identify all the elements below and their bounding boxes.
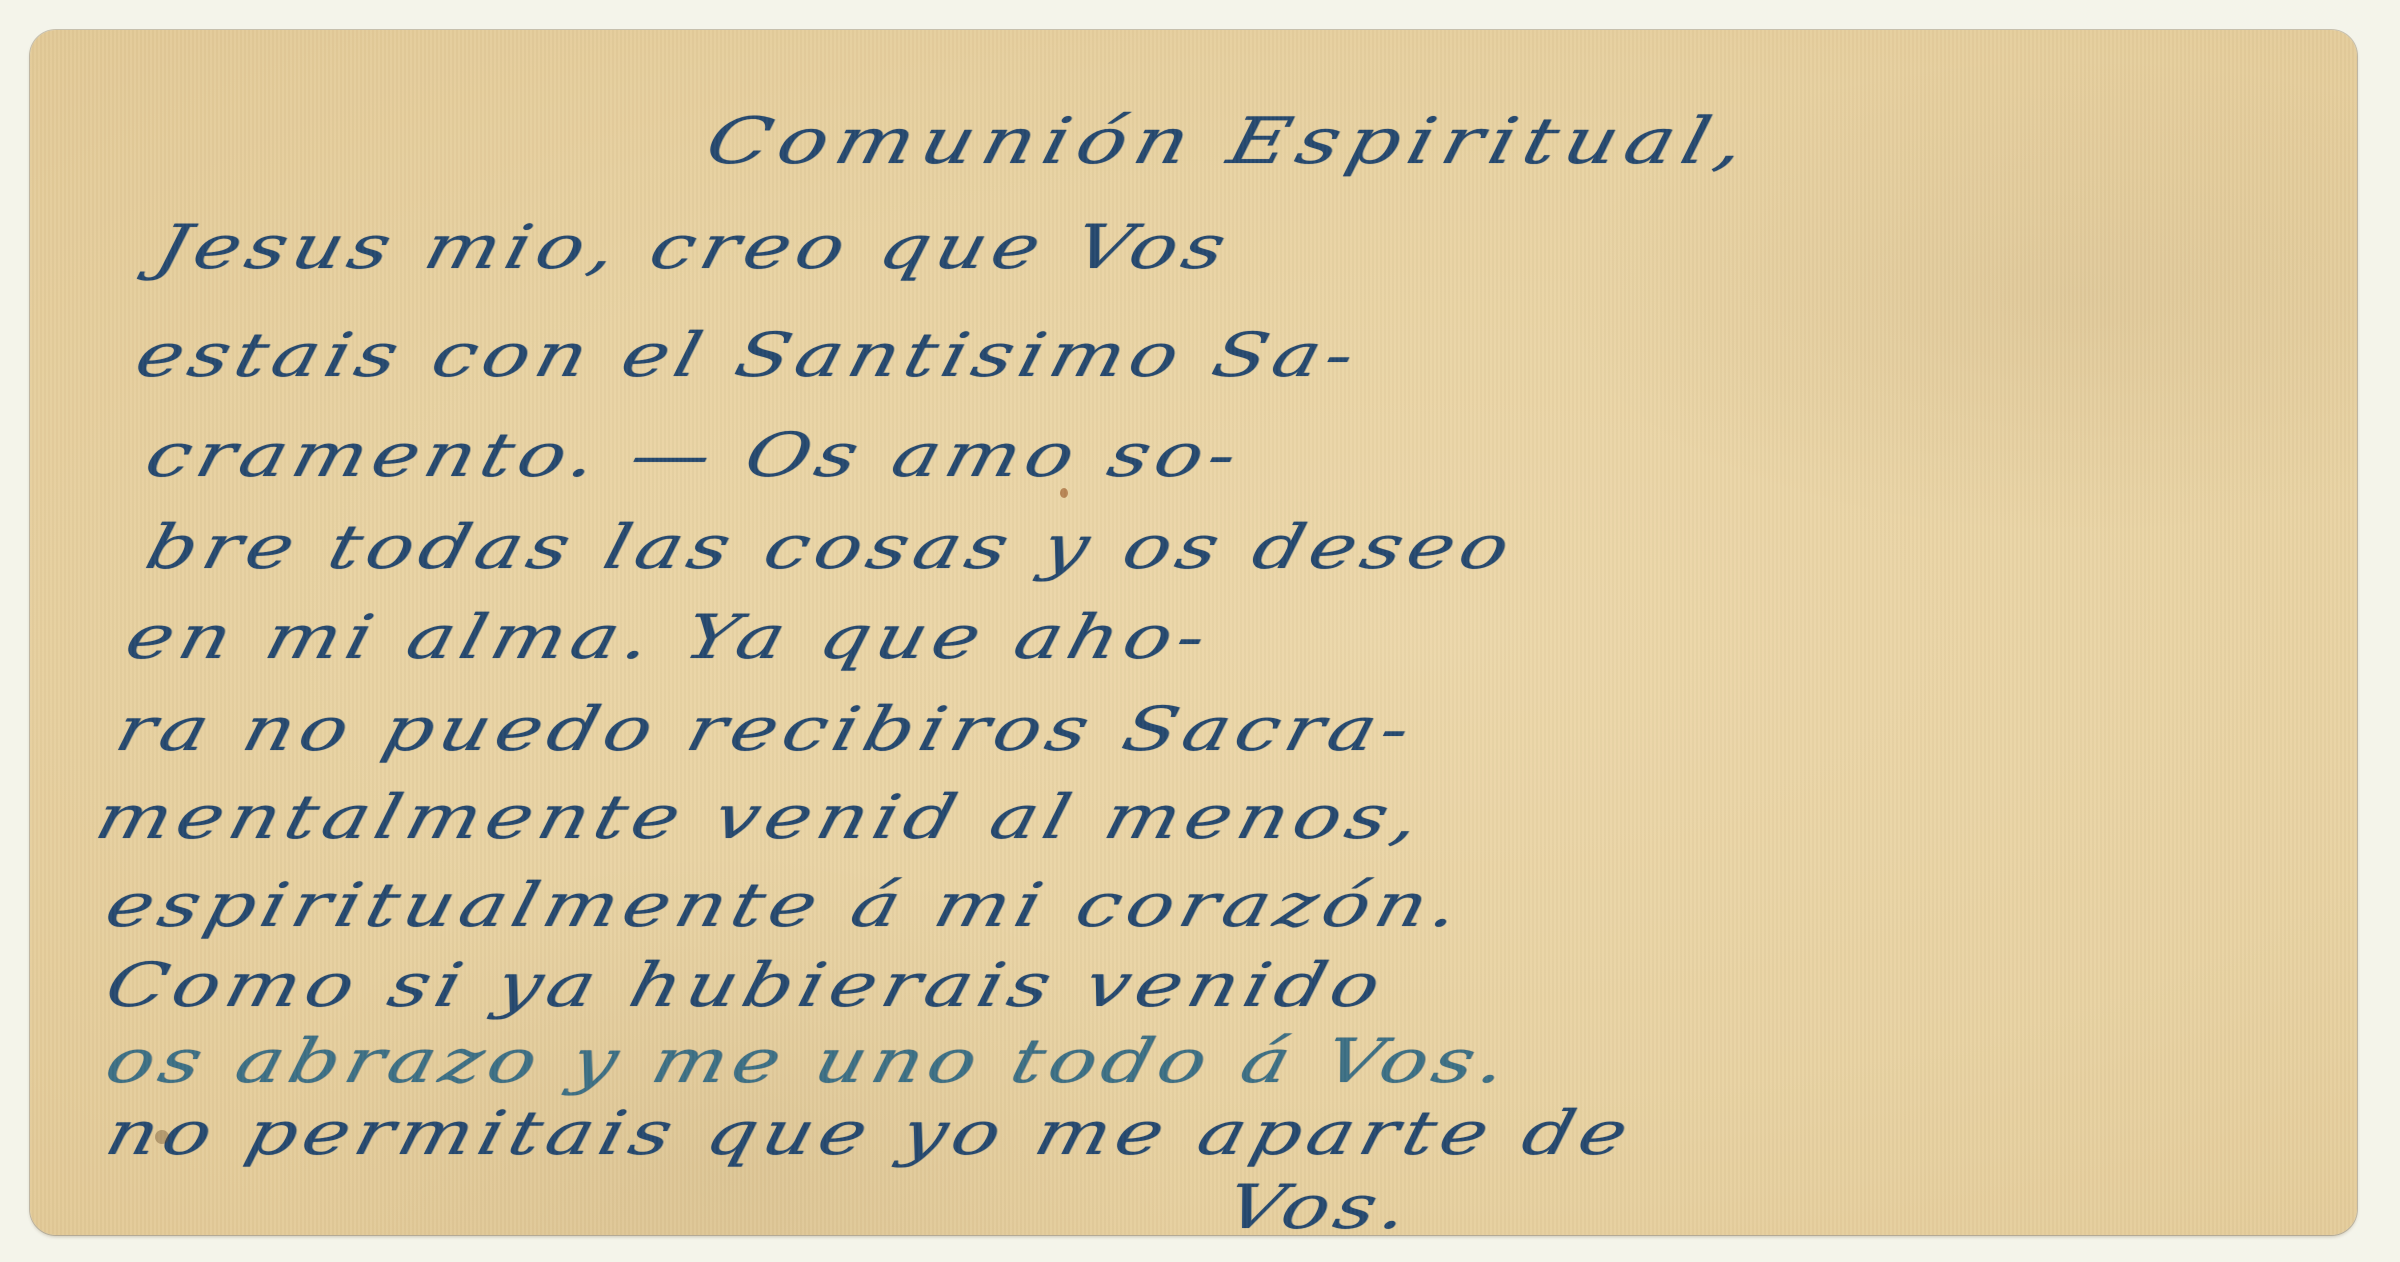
text-line-5: en mi alma. Ya que aho- [120, 607, 1217, 668]
card-title: Comunión Espiritual, [700, 110, 1759, 174]
text-line-6: ra no puedo recibiros Sacra- [110, 699, 1422, 760]
text-line-8: espiritualmente á mi corazón. [100, 875, 1471, 936]
text-line-3: cramento. — Os amo so- [140, 425, 1249, 486]
ink-smudge [155, 1130, 169, 1144]
text-line-2: estais con el Santisimo Sa- [130, 325, 1366, 386]
ink-smudge [1060, 488, 1068, 498]
text-line-7: mentalmente venid al menos, [90, 787, 1431, 848]
text-line-10: os abrazo y me uno todo á Vos. [100, 1031, 1518, 1092]
text-line-9: Como si ya hubierais venido [100, 955, 1392, 1016]
prayer-card: Comunión Espiritual, Jesus mio, creo que… [30, 30, 2357, 1235]
text-line-11: no permitais que yo me aparte de [100, 1103, 1640, 1164]
text-line-12: Vos. [1220, 1177, 1420, 1238]
text-line-1: Jesus mio, creo que Vos [150, 217, 1237, 278]
text-line-4: bre todas las cosas y os deseo [140, 517, 1521, 578]
